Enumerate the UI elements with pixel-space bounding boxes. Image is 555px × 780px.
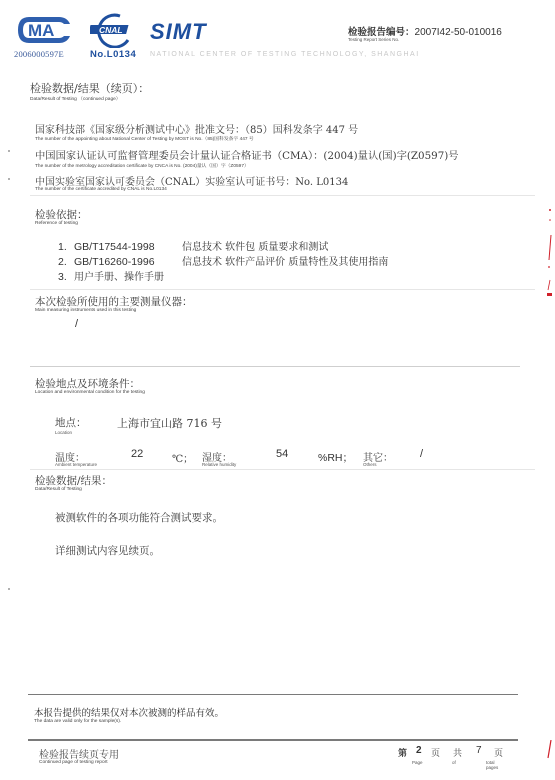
continued-section-title: 检验数据/结果（续页）： bbox=[30, 80, 149, 96]
cnal-logo-icon: CNAL bbox=[90, 12, 134, 48]
results-title: 检验数据/结果： bbox=[35, 473, 112, 488]
accreditation-cnal: 中国实验室国家认可委员会（CNAL）实验室认可证书号：No. L0134 bbox=[35, 173, 348, 188]
scan-speck bbox=[8, 588, 10, 590]
svg-text:MA: MA bbox=[28, 21, 54, 40]
humidity-unit: %RH； bbox=[318, 450, 353, 465]
others-label-en: Others bbox=[363, 462, 377, 467]
validity-statement: 本报告提供的结果仅对本次被测的样品有效。 bbox=[34, 705, 224, 719]
svg-text:CNAL: CNAL bbox=[99, 25, 123, 35]
humidity-label-en: Relative humidity bbox=[202, 462, 236, 467]
location-env-title: 检验地点及环境条件： bbox=[35, 376, 140, 391]
divider bbox=[30, 195, 535, 196]
reference-title: 检验依据： bbox=[35, 207, 88, 222]
cma-logo-icon: MA bbox=[15, 14, 73, 46]
divider bbox=[30, 289, 535, 290]
temperature-value: 22 bbox=[131, 448, 143, 460]
page-total: 7 bbox=[476, 745, 482, 756]
continued-section-title-en: Data/Result of Testing （continued page） bbox=[30, 95, 121, 102]
accreditation-cnal-en: The number of the certificate accredited… bbox=[35, 187, 167, 192]
org-faded-subtitle: NATIONAL CENTER OF TESTING TECHNOLOGY, S… bbox=[150, 51, 420, 58]
scan-speck bbox=[8, 178, 10, 180]
others-value: / bbox=[420, 448, 423, 460]
validity-statement-en: The data are valid only for the sample(s… bbox=[34, 719, 121, 724]
cnal-number: No.L0134 bbox=[90, 49, 136, 60]
instruments-value: / bbox=[75, 318, 78, 330]
cma-code: 2006000597E bbox=[14, 49, 64, 59]
footer-divider bbox=[28, 739, 518, 741]
location-env-title-en: Location and environmental condition for… bbox=[35, 390, 145, 395]
temperature-label-en: Ambient temperature bbox=[55, 462, 97, 467]
report-number: 检验报告编号：2007I42-50-010016 bbox=[348, 24, 502, 38]
divider bbox=[28, 694, 518, 695]
report-number-label-en: Testing Report Series No. bbox=[348, 37, 399, 42]
instruments-title-en: Main measuring instruments used in this … bbox=[35, 308, 136, 313]
report-number-value: 2007I42-50-010016 bbox=[415, 27, 502, 38]
page-current: 2 bbox=[416, 745, 422, 756]
footer-label: 检验报告续页专用 bbox=[39, 746, 119, 761]
reference-item: 2.GB/T16260-1996信息技术 软件产品评价 质量特性及其使用指南 bbox=[58, 253, 388, 268]
footer-label-en: Continued page of testing report bbox=[39, 760, 108, 765]
scan-speck bbox=[8, 150, 10, 152]
accreditation-most-en: The number of the appointing about Natio… bbox=[35, 135, 254, 142]
result-line: 被测软件的各项功能符合测试要求。 bbox=[55, 510, 223, 525]
result-line: 详细测试内容见续页。 bbox=[55, 543, 160, 558]
reference-item: 1.GB/T17544-1998信息技术 软件包 质量要求和测试 bbox=[58, 238, 328, 253]
accreditation-cma: 中国国家认证认可监督管理委员会计量认证合格证书（CMA）：(2004)量认(国)… bbox=[35, 147, 459, 162]
divider bbox=[30, 469, 535, 470]
accreditation-cma-en: The number of the metrology accreditatio… bbox=[35, 162, 249, 169]
reference-title-en: Reference of testing bbox=[35, 221, 78, 226]
location-label: 地点： bbox=[55, 415, 87, 430]
temperature-unit: ℃； bbox=[172, 450, 193, 465]
seal-edge-mark-icon bbox=[546, 740, 552, 760]
humidity-value: 54 bbox=[276, 448, 288, 460]
location-label-en: Location bbox=[55, 430, 72, 435]
divider bbox=[30, 366, 520, 367]
location-value: 上海市宜山路 716 号 bbox=[117, 415, 222, 431]
seal-edge-mark-icon bbox=[545, 205, 553, 355]
reference-item: 3.用户手册、操作手册 bbox=[58, 268, 164, 283]
org-logo-text: SIMT bbox=[150, 19, 207, 45]
results-title-en: Data/Result of Testing bbox=[35, 487, 82, 492]
accreditation-most: 国家科技部《国家级分析测试中心》批准文号：（85）国科发条字 447 号 bbox=[35, 121, 358, 136]
instruments-title: 本次检验所使用的主要测量仪器： bbox=[35, 294, 193, 309]
